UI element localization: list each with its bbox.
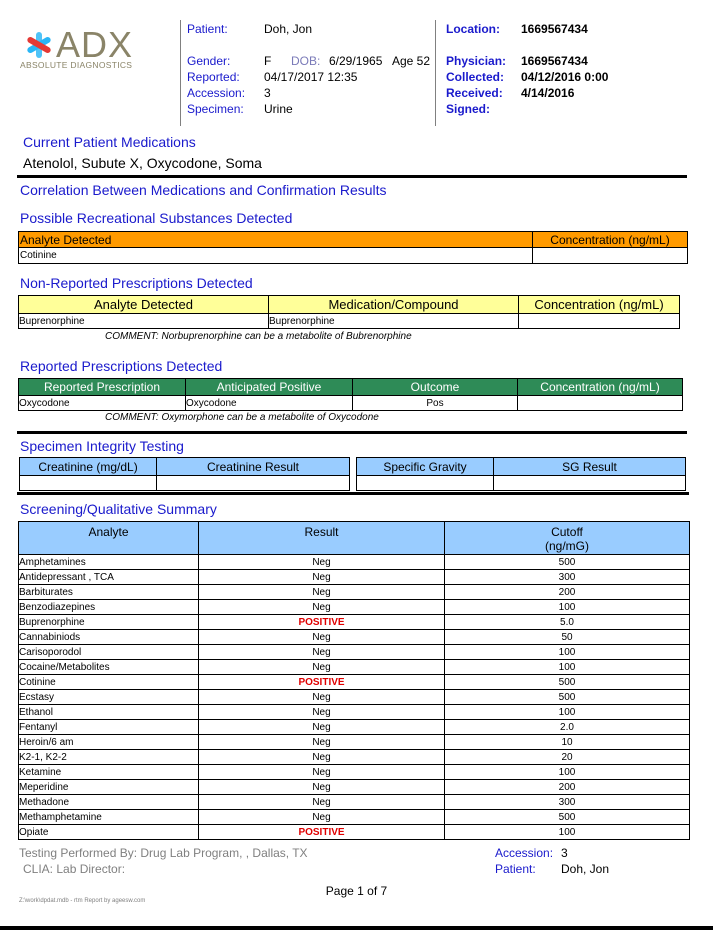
screening-result: Neg (199, 570, 445, 585)
table-row: AmphetaminesNeg500 (19, 555, 690, 570)
cutoff-unit: (ng/mG) (545, 539, 589, 553)
reported-header-outcome: Outcome (353, 379, 518, 396)
header-divider-right (435, 20, 436, 126)
cutoff-label: Cutoff (551, 525, 583, 539)
screening-analyte: Meperidine (19, 780, 199, 795)
table-row: BarbituratesNeg200 (19, 585, 690, 600)
screening-cutoff: 300 (445, 795, 690, 810)
screening-analyte: Opiate (19, 825, 199, 840)
non-reported-analyte: Buprenorphine (19, 314, 269, 329)
screening-analyte: Antidepressant , TCA (19, 570, 199, 585)
table-row: Cocaine/MetabolitesNeg100 (19, 660, 690, 675)
screening-cutoff: 500 (445, 690, 690, 705)
patient-label: Patient: (187, 22, 228, 36)
screening-result: Neg (199, 810, 445, 825)
screening-analyte: Heroin/6 am (19, 735, 199, 750)
screening-analyte: Fentanyl (19, 720, 199, 735)
screening-result: Neg (199, 795, 445, 810)
age-value: Age 52 (392, 54, 430, 68)
reported-anticipated: Oxycodone (186, 396, 353, 411)
signed-label: Signed: (446, 102, 490, 116)
screening-result: Neg (199, 555, 445, 570)
reported-comment: COMMENT: Oxymorphone can be a metabolite… (105, 412, 379, 423)
non-reported-header-analyte: Analyte Detected (19, 296, 269, 314)
screening-result: Neg (199, 765, 445, 780)
screening-result: Neg (199, 750, 445, 765)
sg-result-header: SG Result (494, 458, 686, 476)
footer-patient-label: Patient: (495, 862, 536, 876)
screening-result: Neg (199, 660, 445, 675)
screening-result: Neg (199, 735, 445, 750)
table-row: Buprenorphine Buprenorphine (19, 314, 680, 329)
screening-analyte: Cocaine/Metabolites (19, 660, 199, 675)
reported-header-anticipated: Anticipated Positive (186, 379, 353, 396)
screening-result: Neg (199, 630, 445, 645)
screening-result: Neg (199, 780, 445, 795)
reported-prescription: Oxycodone (19, 396, 186, 411)
screening-cutoff: 100 (445, 705, 690, 720)
screening-cutoff: 100 (445, 645, 690, 660)
footer-accession-label: Accession: (495, 846, 553, 860)
screening-analyte: Cannabiniods (19, 630, 199, 645)
accession-label: Accession: (187, 86, 245, 100)
screening-analyte: Ethanol (19, 705, 199, 720)
recreational-header-concentration: Concentration (ng/mL) (533, 232, 688, 248)
footer-source: Z:\work\dpdat.mdb - rtm Report by ageesw… (19, 898, 145, 904)
footer-testing-lab: Testing Performed By: Drug Lab Program, … (19, 846, 308, 860)
table-row: CarisoporodolNeg100 (19, 645, 690, 660)
non-reported-header-concentration: Concentration (ng/mL) (519, 296, 680, 314)
screening-analyte: Benzodiazepines (19, 600, 199, 615)
screening-cutoff: 5.0 (445, 615, 690, 630)
footer-patient-value: Doh, Jon (561, 862, 609, 876)
gender-label: Gender: (187, 54, 230, 68)
header-divider-left (180, 20, 181, 126)
dob-label: DOB: (291, 54, 320, 68)
screening-result: Neg (199, 600, 445, 615)
screening-result: Neg (199, 585, 445, 600)
reported-header-prescription: Reported Prescription (19, 379, 186, 396)
medications-list: Atenolol, Subute X, Oxycodone, Soma (23, 155, 262, 171)
table-row: MeperidineNeg200 (19, 780, 690, 795)
screening-analyte: Carisoporodol (19, 645, 199, 660)
screening-analyte: Barbiturates (19, 585, 199, 600)
recreational-header-analyte: Analyte Detected (19, 232, 533, 248)
screening-header-result: Result (199, 522, 445, 555)
logo-tagline: ABSOLUTE DIAGNOSTICS (20, 60, 132, 70)
reported-value: 04/17/2017 12:35 (264, 70, 357, 84)
screening-cutoff: 200 (445, 780, 690, 795)
table-row: K2-1, K2-2Neg20 (19, 750, 690, 765)
screening-analyte: Amphetamines (19, 555, 199, 570)
specific-gravity-header: Specific Gravity (357, 458, 494, 476)
screening-result-positive: POSITIVE (199, 675, 445, 690)
screening-analyte: Cotinine (19, 675, 199, 690)
physician-label: Physician: (446, 54, 506, 68)
screening-analyte: K2-1, K2-2 (19, 750, 199, 765)
page-number: Page 1 of 7 (0, 884, 713, 898)
table-row: EcstasyNeg500 (19, 690, 690, 705)
screening-cutoff: 500 (445, 810, 690, 825)
divider-2 (17, 431, 687, 434)
table-row: CotininePOSITIVE500 (19, 675, 690, 690)
recreational-analyte: Cotinine (19, 248, 533, 264)
creatinine-table: Creatinine (mg/dL) Creatinine Result (19, 457, 350, 491)
screening-analyte: Ketamine (19, 765, 199, 780)
table-row: Antidepressant , TCANeg300 (19, 570, 690, 585)
screening-analyte: Methamphetamine (19, 810, 199, 825)
screening-result-positive: POSITIVE (199, 825, 445, 840)
sg-result-value (494, 476, 686, 491)
non-reported-title: Non-Reported Prescriptions Detected (20, 275, 253, 291)
received-value: 4/14/2016 (521, 86, 574, 100)
location-label: Location: (446, 22, 500, 36)
recreational-table: Analyte Detected Concentration (ng/mL) C… (18, 231, 688, 264)
screening-cutoff: 100 (445, 765, 690, 780)
table-row: MethamphetamineNeg500 (19, 810, 690, 825)
collected-label: Collected: (446, 70, 504, 84)
non-reported-comment: COMMENT: Norbuprenorphine can be a metab… (105, 331, 412, 342)
screening-header-analyte: Analyte (19, 522, 199, 555)
correlation-title: Correlation Between Medications and Conf… (20, 182, 387, 198)
footer-accession-value: 3 (561, 846, 568, 860)
screening-cutoff: 100 (445, 660, 690, 675)
reported-outcome: Pos (353, 396, 518, 411)
screening-cutoff: 10 (445, 735, 690, 750)
screening-cutoff: 300 (445, 570, 690, 585)
screening-cutoff: 100 (445, 600, 690, 615)
company-logo: ADX ABSOLUTE DIAGNOSTICS (20, 28, 170, 73)
divider-3 (17, 492, 689, 495)
creatinine-result-header: Creatinine Result (157, 458, 350, 476)
logo-star-icon (22, 30, 56, 60)
table-row: KetamineNeg100 (19, 765, 690, 780)
medications-title: Current Patient Medications (23, 134, 196, 150)
reported-header-concentration: Concentration (ng/mL) (518, 379, 683, 396)
screening-cutoff: 2.0 (445, 720, 690, 735)
recreational-title: Possible Recreational Substances Detecte… (20, 210, 292, 226)
reported-label: Reported: (187, 70, 240, 84)
table-row: OpiatePOSITIVE100 (19, 825, 690, 840)
screening-cutoff: 50 (445, 630, 690, 645)
screening-result: Neg (199, 690, 445, 705)
table-row: CannabiniodsNeg50 (19, 630, 690, 645)
table-row: BenzodiazepinesNeg100 (19, 600, 690, 615)
recreational-concentration (533, 248, 688, 264)
table-row: FentanylNeg2.0 (19, 720, 690, 735)
screening-result: Neg (199, 705, 445, 720)
divider-1 (17, 175, 687, 178)
specific-gravity-value (357, 476, 494, 491)
screening-result: Neg (199, 720, 445, 735)
physician-value: 1669567434 (521, 54, 588, 68)
page-bottom-border (0, 926, 713, 930)
received-label: Received: (446, 86, 503, 100)
table-row: EthanolNeg100 (19, 705, 690, 720)
creatinine-result-value (157, 476, 350, 491)
non-reported-header-medication: Medication/Compound (269, 296, 519, 314)
table-row: Oxycodone Oxycodone Pos (19, 396, 683, 411)
screening-table: Analyte Result Cutoff (ng/mG) Amphetamin… (18, 521, 690, 840)
table-row: Heroin/6 amNeg10 (19, 735, 690, 750)
footer-clia: CLIA: Lab Director: (23, 862, 125, 876)
reported-table: Reported Prescription Anticipated Positi… (18, 378, 683, 411)
screening-cutoff: 500 (445, 675, 690, 690)
gender-value: F (264, 54, 271, 68)
screening-cutoff: 100 (445, 825, 690, 840)
creatinine-value (20, 476, 157, 491)
non-reported-medication: Buprenorphine (269, 314, 519, 329)
table-row: MethadoneNeg300 (19, 795, 690, 810)
specific-gravity-table: Specific Gravity SG Result (356, 457, 686, 491)
screening-title: Screening/Qualitative Summary (20, 501, 217, 517)
reported-title: Reported Prescriptions Detected (20, 358, 222, 374)
non-reported-concentration (519, 314, 680, 329)
screening-header-cutoff: Cutoff (ng/mG) (445, 522, 690, 555)
screening-result-positive: POSITIVE (199, 615, 445, 630)
screening-cutoff: 500 (445, 555, 690, 570)
creatinine-header: Creatinine (mg/dL) (20, 458, 157, 476)
screening-analyte: Ecstasy (19, 690, 199, 705)
screening-cutoff: 200 (445, 585, 690, 600)
specimen-value: Urine (264, 102, 293, 116)
screening-result: Neg (199, 645, 445, 660)
location-value: 1669567434 (521, 22, 588, 36)
screening-analyte: Buprenorphine (19, 615, 199, 630)
screening-analyte: Methadone (19, 795, 199, 810)
specimen-label: Specimen: (187, 102, 244, 116)
table-row: Cotinine (19, 248, 688, 264)
screening-cutoff: 20 (445, 750, 690, 765)
non-reported-table: Analyte Detected Medication/Compound Con… (18, 295, 680, 329)
accession-value: 3 (264, 86, 271, 100)
dob-value: 6/29/1965 (329, 54, 382, 68)
reported-concentration (518, 396, 683, 411)
collected-value: 04/12/2016 0:00 (521, 70, 608, 84)
patient-value: Doh, Jon (264, 22, 312, 36)
integrity-title: Specimen Integrity Testing (20, 438, 184, 454)
table-row: BuprenorphinePOSITIVE5.0 (19, 615, 690, 630)
